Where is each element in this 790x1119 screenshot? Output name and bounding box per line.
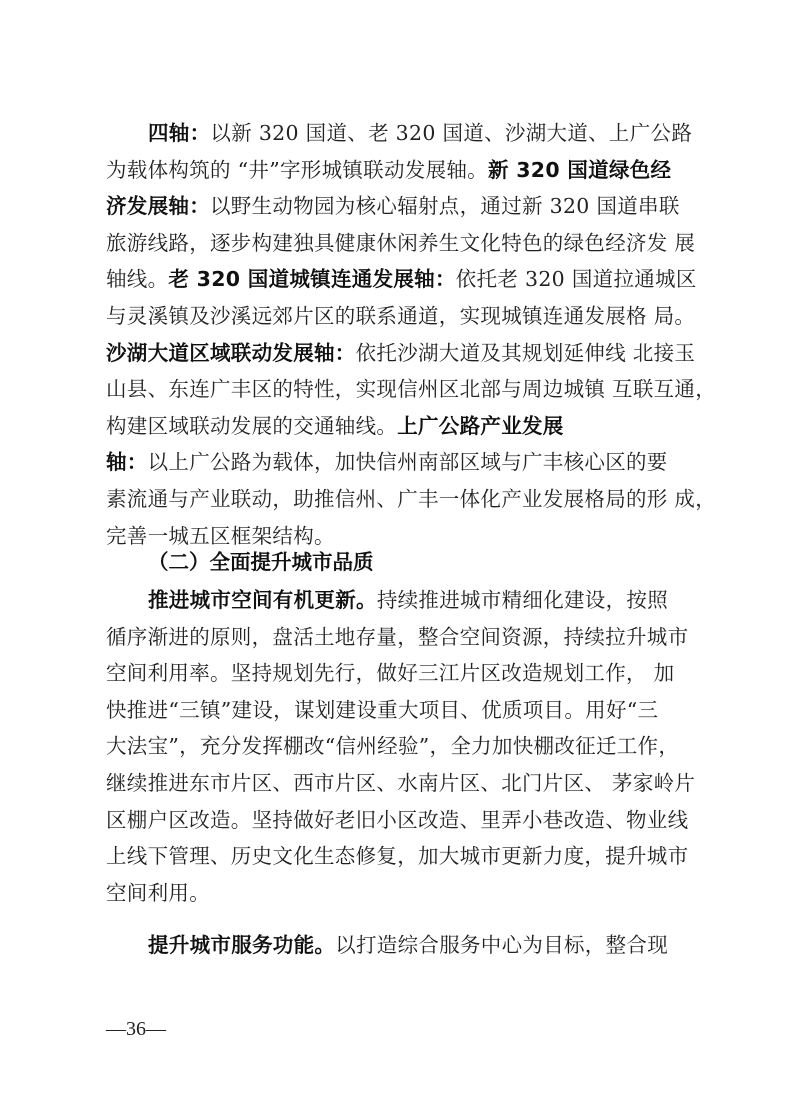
text-line: 为载体构筑的 “井”字形城镇联动发展轴。新 320 国道绿色经	[106, 155, 696, 185]
body-text: 依托沙湖大道及其规划延伸线 北接玉	[356, 341, 696, 365]
text-line: 继续推进东市片区、西市片区、水南片区、北门片区、 茅家岭片	[106, 768, 696, 798]
body-text: 空间利用。	[106, 881, 210, 905]
body-text: 区棚户区改造。坚持做好老旧小区改造、里弄小巷改造、物业线	[106, 808, 688, 832]
body-text: 完善一城五区框架结构。	[106, 524, 335, 548]
text-line: 空间利用率。坚持规划先行，做好三江片区改造规划工作， 加	[106, 658, 696, 688]
body-text: 以野生动物园为核心辐射点，通过新 320 国道串联	[210, 194, 680, 218]
body-text: 以新 320 国道、老 320 国道、沙湖大道、上广公路	[210, 121, 692, 145]
body-text: 循序渐进的原则，盘活土地存量，整合空间资源，持续拉升城市	[106, 625, 688, 649]
text-line: 大法宝”，充分发挥棚改“信州经验”，全力加快棚改征迁工作，	[106, 731, 696, 761]
body-text: 快推进“三镇”建设，谋划建设重大项目、优质项目。用好“三	[106, 698, 658, 722]
page-number: —36—	[106, 1018, 166, 1041]
bold-lead-phrase: 老 320 国道城镇连通发展轴：	[168, 267, 455, 291]
text-line: 旅游线路，逐步构建独具健康休闲养生文化特色的绿色经济发 展	[106, 228, 696, 258]
bold-lead-phrase: 提升城市服务功能。	[148, 933, 335, 957]
bold-lead-phrase: 上广公路产业发展	[397, 414, 563, 438]
bold-lead-phrase: 济发展轴：	[106, 194, 210, 218]
text-line: 四轴：以新 320 国道、老 320 国道、沙湖大道、上广公路	[148, 118, 738, 148]
text-line: 提升城市服务功能。以打造综合服务中心为目标，整合现	[148, 930, 738, 960]
text-line: 循序渐进的原则，盘活土地存量，整合空间资源，持续拉升城市	[106, 622, 696, 652]
text-line: 沙湖大道区域联动发展轴：依托沙湖大道及其规划延伸线 北接玉	[106, 338, 696, 368]
body-text: 与灵溪镇及沙溪远郊片区的联系通道，实现城镇连通发展格 局。	[106, 304, 695, 328]
body-text: 持续推进城市精细化建设，按照	[377, 588, 668, 612]
body-text: 素流通与产业联动，助推信州、广丰一体化产业发展格局的形 成，	[106, 487, 716, 511]
bold-lead-phrase: 推进城市空间有机更新。	[148, 588, 377, 612]
bold-lead-phrase: 轴：	[106, 450, 148, 474]
text-line: 推进城市空间有机更新。持续推进城市精细化建设，按照	[148, 585, 738, 615]
text-line: 与灵溪镇及沙溪远郊片区的联系通道，实现城镇连通发展格 局。	[106, 301, 696, 331]
body-text: 继续推进东市片区、西市片区、水南片区、北门片区、 茅家岭片	[106, 771, 695, 795]
body-text: 山县、东连广丰区的特性，实现信州区北部与周边城镇 互联互通，	[106, 377, 716, 401]
body-text: 空间利用率。坚持规划先行，做好三江片区改造规划工作， 加	[106, 661, 674, 685]
body-text: 旅游线路，逐步构建独具健康休闲养生文化特色的绿色经济发 展	[106, 231, 695, 255]
text-line: 区棚户区改造。坚持做好老旧小区改造、里弄小巷改造、物业线	[106, 805, 696, 835]
bold-lead-phrase: 新 320 国道绿色经	[488, 158, 671, 182]
section-heading: （二）全面提升城市品质	[148, 547, 374, 577]
bold-lead-phrase: 沙湖大道区域联动发展轴：	[106, 341, 356, 365]
text-line: 素流通与产业联动，助推信州、广丰一体化产业发展格局的形 成，	[106, 484, 696, 514]
body-text: 为载体构筑的 “井”字形城镇联动发展轴。	[106, 158, 488, 182]
text-line: 快推进“三镇”建设，谋划建设重大项目、优质项目。用好“三	[106, 695, 696, 725]
body-text: 以打造综合服务中心为目标，整合现	[335, 933, 668, 957]
body-text: 上线下管理、历史文化生态修复，加大城市更新力度，提升城市	[106, 844, 688, 868]
body-text: 轴线。	[106, 267, 168, 291]
body-text: 以上广公路为载体，加快信州南部区域与广丰核心区的要	[148, 450, 668, 474]
text-line: 济发展轴：以野生动物园为核心辐射点，通过新 320 国道串联	[106, 191, 696, 221]
text-line: 构建区域联动发展的交通轴线。上广公路产业发展	[106, 411, 696, 441]
text-line: 空间利用。	[106, 878, 696, 908]
document-page: 四轴：以新 320 国道、老 320 国道、沙湖大道、上广公路为载体构筑的 “井…	[0, 0, 790, 1119]
bold-lead-phrase: 四轴：	[148, 121, 210, 145]
text-line: 轴线。老 320 国道城镇连通发展轴：依托老 320 国道拉通城区	[106, 264, 696, 294]
text-line: 轴：以上广公路为载体，加快信州南部区域与广丰核心区的要	[106, 447, 696, 477]
body-text: 大法宝”，充分发挥棚改“信州经验”，全力加快棚改征迁工作，	[106, 734, 679, 758]
text-line: 上线下管理、历史文化生态修复，加大城市更新力度，提升城市	[106, 841, 696, 871]
body-text: 依托老 320 国道拉通城区	[456, 267, 697, 291]
text-line: 山县、东连广丰区的特性，实现信州区北部与周边城镇 互联互通，	[106, 374, 696, 404]
body-text: 构建区域联动发展的交通轴线。	[106, 414, 397, 438]
